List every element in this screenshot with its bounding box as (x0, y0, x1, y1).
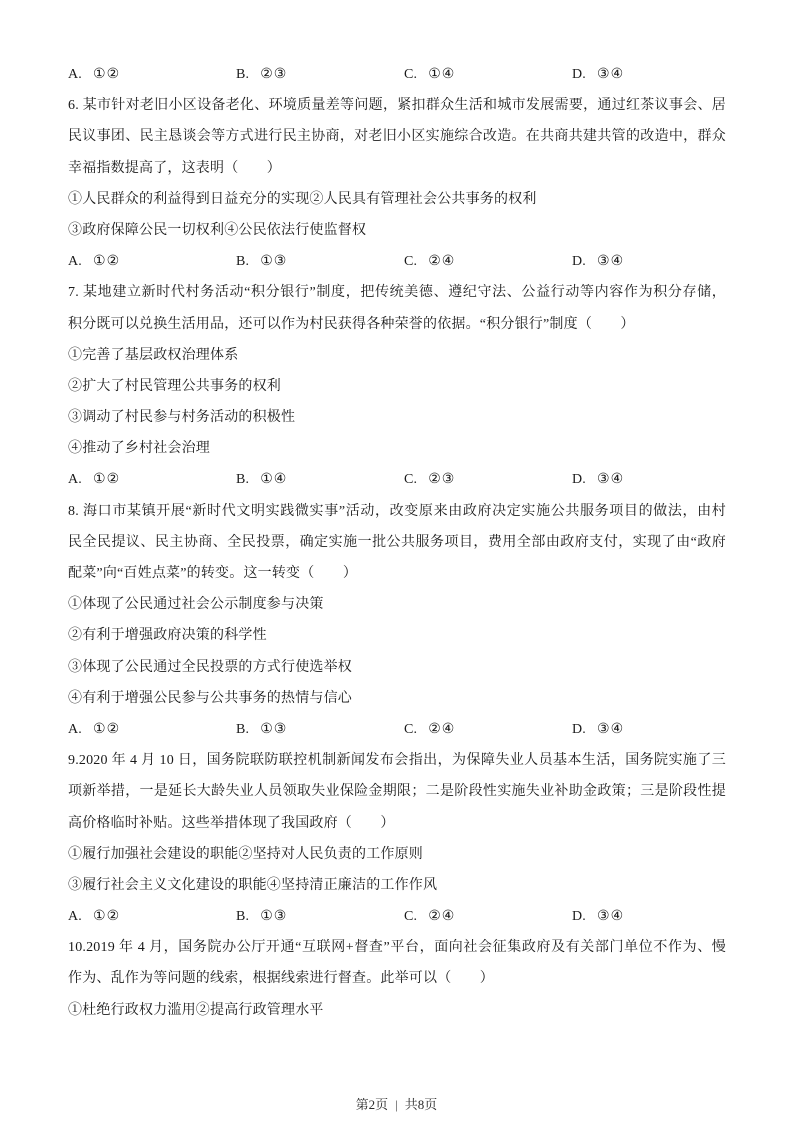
option-value: ②④ (428, 901, 455, 932)
q5-answer-row: A.①②B.②③C.①④D.③④ (68, 59, 726, 90)
q10-statements-line-1: ①杜绝行政权力滥用②提高行政管理水平 (68, 995, 726, 1026)
option-value: ③④ (597, 246, 624, 277)
page-footer: 第2页|共8页 (0, 1096, 793, 1114)
option-letter: B. (236, 714, 249, 745)
answer-option-b: B.①③ (236, 246, 404, 277)
option-value: ③④ (597, 464, 624, 495)
option-value: ①④ (428, 59, 455, 90)
q7-stem-line-1: 7. 某地建立新时代村务活动“积分银行”制度，把传统美德、遵纪守法、公益行动等内… (68, 277, 726, 308)
option-value: ①③ (260, 714, 287, 745)
q9-stem-line-3: 高价格临时补贴。这些举措体现了我国政府（ ） (68, 808, 726, 839)
option-letter: A. (68, 464, 82, 495)
option-value: ③④ (597, 59, 624, 90)
answer-option-b: B.①③ (236, 714, 404, 745)
answer-option-c: C.①④ (404, 59, 572, 90)
footer-separator: | (388, 1097, 405, 1112)
q8-stem-line-2: 民全民提议、民主协商、全民投票，确定实施一批公共服务项目，费用全部由政府支付，实… (68, 527, 726, 558)
option-value: ③④ (597, 901, 624, 932)
answer-option-c: C.②④ (404, 246, 572, 277)
q8-stem-line-1: 8. 海口市某镇开展“新时代文明实践微实事”活动，改变原来由政府决定实施公共服务… (68, 496, 726, 527)
option-value: ②④ (428, 714, 455, 745)
option-letter: C. (404, 464, 417, 495)
answer-option-d: D.③④ (572, 246, 624, 277)
option-letter: C. (404, 714, 417, 745)
q10-stem-line-1: 10.2019 年 4 月，国务院办公厅开通“互联网+督查”平台，面向社会征集政… (68, 932, 726, 963)
option-value: ①④ (260, 464, 287, 495)
option-letter: A. (68, 714, 82, 745)
option-letter: B. (236, 59, 249, 90)
option-letter: D. (572, 901, 586, 932)
q7-answer-row: A.①②B.①④C.②③D.③④ (68, 464, 726, 495)
answer-option-b: B.②③ (236, 59, 404, 90)
q10-stem-line-2: 作为、乱作为等问题的线索，根据线索进行督查。此举可以（ ） (68, 963, 726, 994)
q6-statements-line-2: ③政府保障公民一切权利④公民依法行使监督权 (68, 215, 726, 246)
q7-statement-1: ①完善了基层政权治理体系 (68, 340, 726, 371)
option-value: ①③ (260, 246, 287, 277)
answer-option-b: B.①④ (236, 464, 404, 495)
option-value: ①③ (260, 901, 287, 932)
option-letter: D. (572, 246, 586, 277)
q6-stem-line-3: 幸福指数提高了，这表明（ ） (68, 153, 726, 184)
q7-statement-3: ③调动了村民参与村务活动的积极性 (68, 402, 726, 433)
footer-current-page: 第2页 (356, 1097, 389, 1112)
option-letter: A. (68, 246, 82, 277)
q6-statements-line-1: ①人民群众的利益得到日益充分的实现②人民具有管理社会公共事务的权利 (68, 184, 726, 215)
q6-stem-line-2: 民议事团、民主恳谈会等方式进行民主协商，对老旧小区实施综合改造。在共商共建共管的… (68, 121, 726, 152)
option-value: ②④ (428, 246, 455, 277)
option-letter: C. (404, 901, 417, 932)
q9-statements-line-1: ①履行加强社会建设的职能②坚持对人民负责的工作原则 (68, 839, 726, 870)
answer-option-d: D.③④ (572, 464, 624, 495)
answer-option-d: D.③④ (572, 901, 624, 932)
option-value: ①② (93, 464, 120, 495)
q9-stem-line-2: 项新举措，一是延长大龄失业人员领取失业保险金期限；二是阶段性实施失业补助金政策；… (68, 776, 726, 807)
q7-stem-line-2: 积分既可以兑换生活用品，还可以作为村民获得各种荣誉的依据。“积分银行”制度（ ） (68, 309, 726, 340)
option-value: ①② (93, 901, 120, 932)
option-letter: D. (572, 464, 586, 495)
option-value: ②③ (428, 464, 455, 495)
answer-option-a: A.①② (68, 714, 236, 745)
q8-statement-1: ①体现了公民通过社会公示制度参与决策 (68, 589, 726, 620)
footer-total-pages: 共8页 (405, 1097, 438, 1112)
option-letter: B. (236, 901, 249, 932)
q6-stem-line-1: 6. 某市针对老旧小区设备老化、环境质量差等问题，紧扣群众生活和城市发展需要，通… (68, 90, 726, 121)
option-value: ③④ (597, 714, 624, 745)
option-letter: A. (68, 901, 82, 932)
exam-paper-page: A.①②B.②③C.①④D.③④6. 某市针对老旧小区设备老化、环境质量差等问题… (0, 0, 793, 1122)
q7-statement-2: ②扩大了村民管理公共事务的权利 (68, 371, 726, 402)
option-letter: C. (404, 59, 417, 90)
option-value: ①② (93, 246, 120, 277)
q8-statement-3: ③体现了公民通过全民投票的方式行使选举权 (68, 652, 726, 683)
answer-option-a: A.①② (68, 464, 236, 495)
answer-option-d: D.③④ (572, 59, 624, 90)
option-value: ①② (93, 59, 120, 90)
answer-option-c: C.②④ (404, 714, 572, 745)
answer-option-d: D.③④ (572, 714, 624, 745)
option-value: ①② (93, 714, 120, 745)
answer-option-b: B.①③ (236, 901, 404, 932)
option-value: ②③ (260, 59, 287, 90)
option-letter: B. (236, 464, 249, 495)
answer-option-a: A.①② (68, 901, 236, 932)
option-letter: A. (68, 59, 82, 90)
answer-option-c: C.②③ (404, 464, 572, 495)
q9-answer-row: A.①②B.①③C.②④D.③④ (68, 901, 726, 932)
exam-content: A.①②B.②③C.①④D.③④6. 某市针对老旧小区设备老化、环境质量差等问题… (68, 59, 726, 1026)
q8-stem-line-3: 配菜”向“百姓点菜”的转变。这一转变（ ） (68, 558, 726, 589)
q9-statements-line-2: ③履行社会主义文化建设的职能④坚持清正廉洁的工作作风 (68, 870, 726, 901)
option-letter: D. (572, 714, 586, 745)
answer-option-c: C.②④ (404, 901, 572, 932)
q7-statement-4: ④推动了乡村社会治理 (68, 433, 726, 464)
q8-statement-4: ④有利于增强公民参与公共事务的热情与信心 (68, 683, 726, 714)
option-letter: D. (572, 59, 586, 90)
q6-answer-row: A.①②B.①③C.②④D.③④ (68, 246, 726, 277)
option-letter: C. (404, 246, 417, 277)
answer-option-a: A.①② (68, 59, 236, 90)
q9-stem-line-1: 9.2020 年 4 月 10 日，国务院联防联控机制新闻发布会指出，为保障失业… (68, 745, 726, 776)
q8-answer-row: A.①②B.①③C.②④D.③④ (68, 714, 726, 745)
q8-statement-2: ②有利于增强政府决策的科学性 (68, 620, 726, 651)
option-letter: B. (236, 246, 249, 277)
answer-option-a: A.①② (68, 246, 236, 277)
